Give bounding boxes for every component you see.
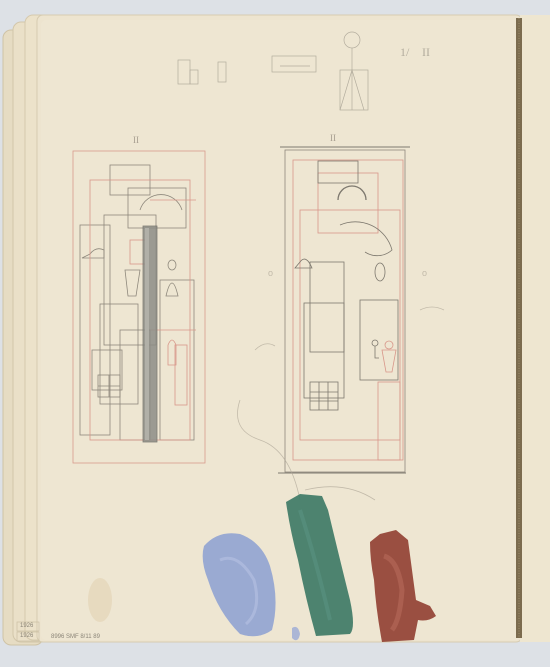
svg-text:II: II xyxy=(133,135,139,145)
svg-text:o: o xyxy=(422,268,427,278)
corner-note-2: 1926 xyxy=(20,633,33,639)
inventory-number: 8996 SMF 8/11 89 xyxy=(51,634,100,640)
svg-text:II: II xyxy=(330,133,336,143)
sketchbook-illustration: 1/ II II xyxy=(0,0,550,667)
spine-binding xyxy=(516,18,522,638)
sketchbook-photo: 1/ II II xyxy=(0,0,550,667)
corner-note-1: 1926 xyxy=(20,623,33,629)
svg-text:o: o xyxy=(268,268,273,278)
svg-text:1/: 1/ xyxy=(400,45,410,59)
svg-text:II: II xyxy=(422,45,430,59)
